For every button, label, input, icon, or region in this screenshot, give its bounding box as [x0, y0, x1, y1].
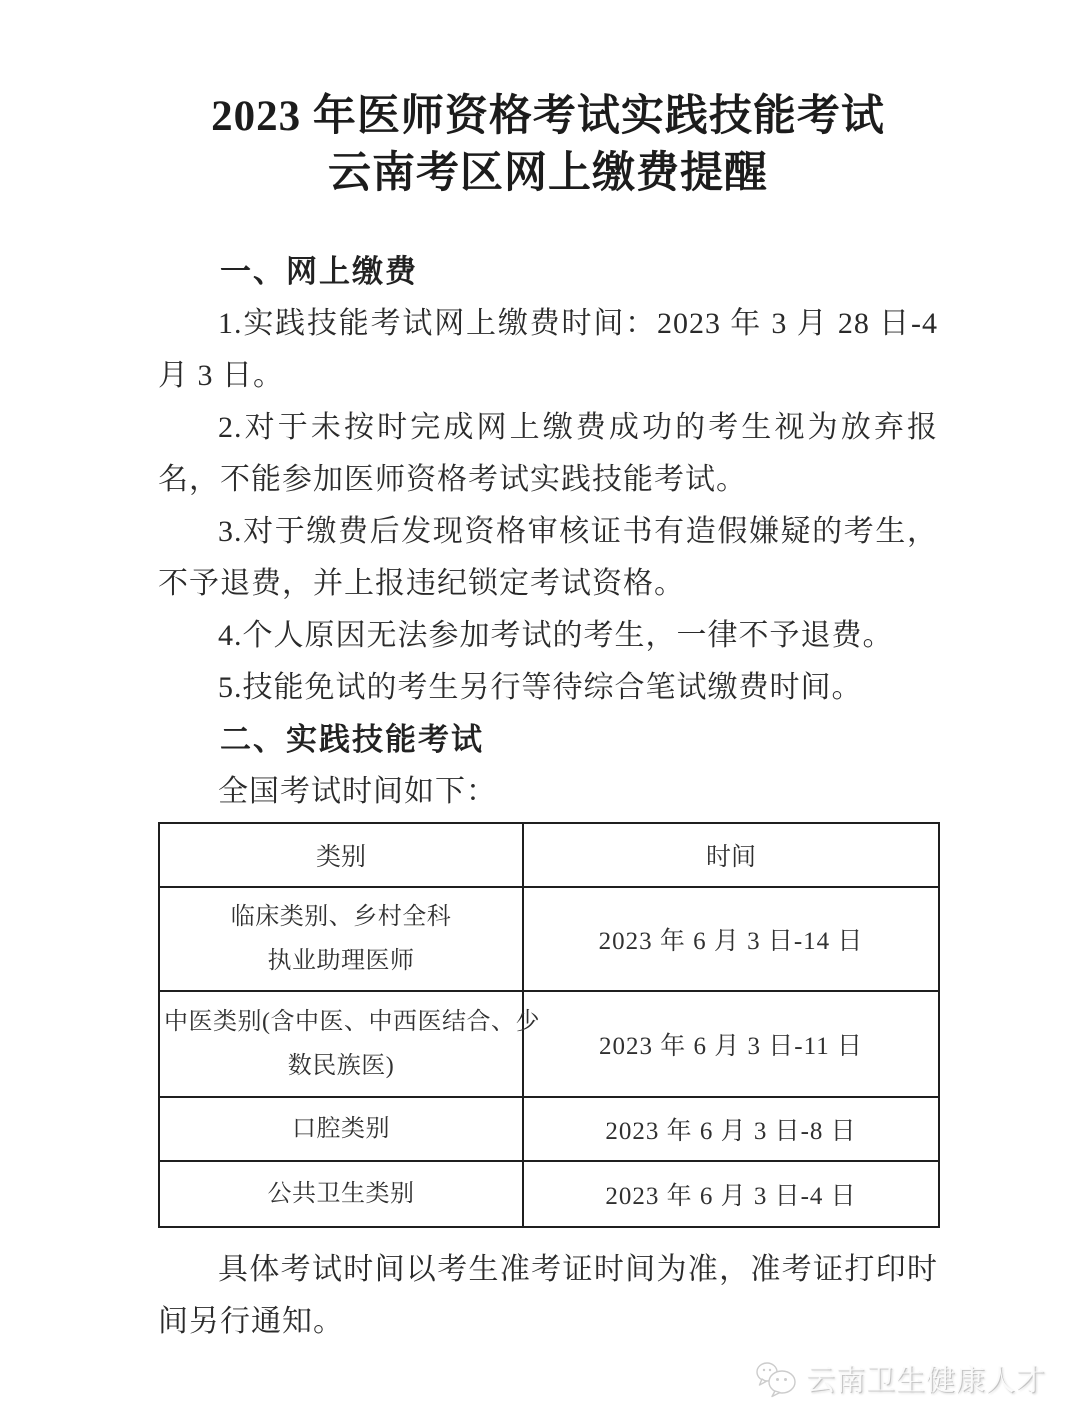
title-line-1: 2023 年医师资格考试实践技能考试	[211, 93, 885, 140]
category-cell: 公共卫生类别	[159, 1161, 523, 1227]
category-line: 口腔类别	[164, 1107, 518, 1151]
category-cell: 中医类别(含中医、中西医结合、少 数民族医)	[159, 991, 523, 1097]
category-line: 临床类别、乡村全科	[164, 895, 518, 939]
paragraph-exempt-candidates: 5.技能免试的考生另行等待综合笔试缴费时间。	[158, 662, 938, 714]
document-page: 2023 年医师资格考试实践技能考试 云南考区网上缴费提醒 一、网上缴费 1.实…	[0, 0, 1080, 1427]
table-row: 中医类别(含中医、中西医结合、少 数民族医) 2023 年 6 月 3 日-11…	[159, 991, 939, 1097]
paragraph-missed-payment: 2.对于未按时完成网上缴费成功的考生视为放弃报名，不能参加医师资格考试实践技能考…	[158, 402, 938, 506]
category-line: 数民族医)	[164, 1044, 518, 1088]
exam-schedule-table: 类别 时间 临床类别、乡村全科 执业助理医师 2023 年 6 月 3 日-14…	[158, 822, 940, 1228]
watermark: 云南卫生健康人才	[754, 1358, 1046, 1399]
table-intro-line: 全国考试时间如下：	[158, 766, 938, 818]
column-header-category: 类别	[159, 823, 523, 887]
document-content: 2023 年医师资格考试实践技能考试 云南考区网上缴费提醒 一、网上缴费 1.实…	[0, 0, 1080, 1348]
category-cell: 临床类别、乡村全科 执业助理医师	[159, 887, 523, 991]
category-cell: 口腔类别	[159, 1097, 523, 1161]
table-header-row: 类别 时间	[159, 823, 939, 887]
table-row: 口腔类别 2023 年 6 月 3 日-8 日	[159, 1097, 939, 1161]
title-line-2: 云南考区网上缴费提醒	[328, 150, 768, 197]
footer-note: 具体考试时间以考生准考证时间为准，准考证打印时间另行通知。	[158, 1244, 938, 1348]
time-cell: 2023 年 6 月 3 日-11 日	[523, 991, 939, 1097]
paragraph-personal-no-refund: 4.个人原因无法参加考试的考生，一律不予退费。	[158, 610, 938, 662]
table-row: 公共卫生类别 2023 年 6 月 3 日-4 日	[159, 1161, 939, 1227]
wechat-bubbles-icon	[754, 1360, 800, 1398]
time-cell: 2023 年 6 月 3 日-4 日	[523, 1161, 939, 1227]
page-title: 2023 年医师资格考试实践技能考试 云南考区网上缴费提醒	[158, 88, 938, 202]
category-line: 公共卫生类别	[164, 1172, 518, 1216]
category-line: 执业助理医师	[164, 939, 518, 983]
section-2-heading: 二、实践技能考试	[158, 714, 938, 766]
table-row: 临床类别、乡村全科 执业助理医师 2023 年 6 月 3 日-14 日	[159, 887, 939, 991]
time-cell: 2023 年 6 月 3 日-8 日	[523, 1097, 939, 1161]
paragraph-fraud-no-refund: 3.对于缴费后发现资格审核证书有造假嫌疑的考生，不予退费，并上报违纪锁定考试资格…	[158, 506, 938, 610]
paragraph-payment-time: 1.实践技能考试网上缴费时间：2023 年 3 月 28 日-4 月 3 日。	[158, 298, 938, 402]
column-header-time: 时间	[523, 823, 939, 887]
time-cell: 2023 年 6 月 3 日-14 日	[523, 887, 939, 991]
watermark-label: 云南卫生健康人才	[806, 1358, 1046, 1399]
category-line: 中医类别(含中医、中西医结合、少	[164, 1000, 518, 1044]
section-1-heading: 一、网上缴费	[158, 246, 938, 298]
